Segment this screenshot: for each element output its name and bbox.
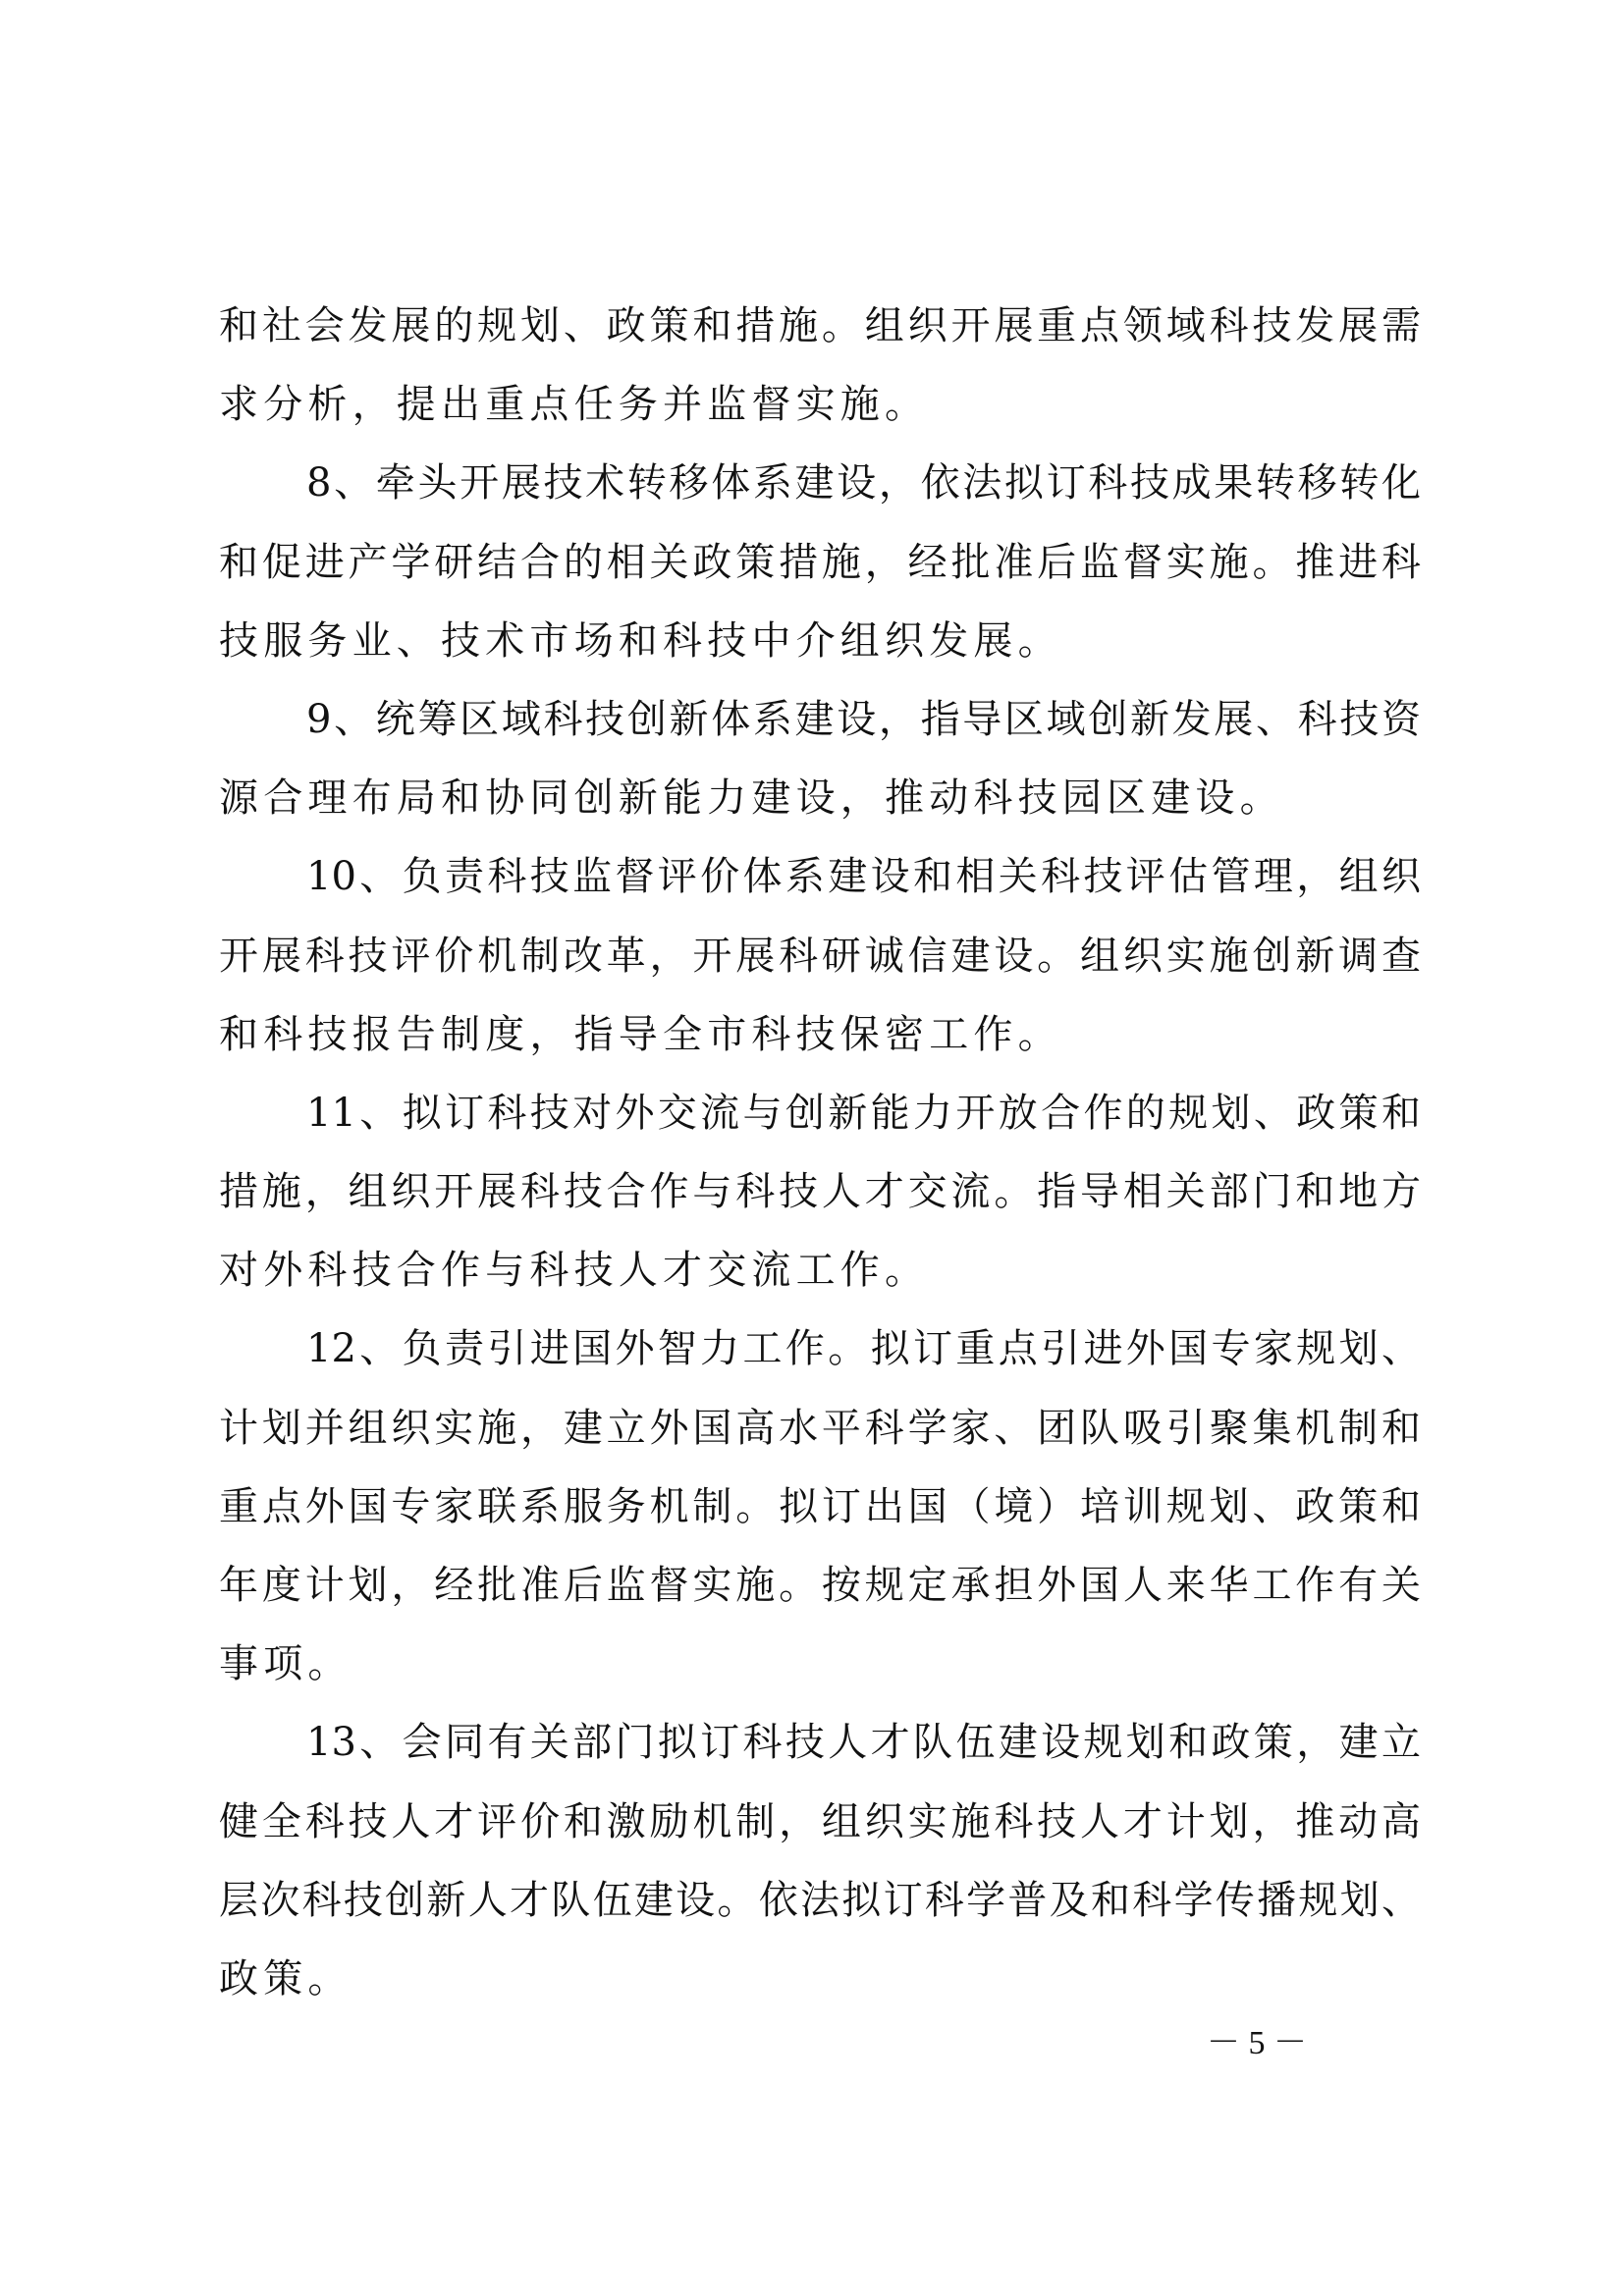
paragraph-10-first-line: 10、负责科技监督评价体系建设和相关科技评估管理，组织 xyxy=(219,837,1421,916)
document-page: 和社会发展的规划、政策和措施。组织开展重点领域科技发展需 求分析，提出重点任务并… xyxy=(0,0,1624,2296)
text-line: 健全科技人才评价和激励机制，组织实施科技人才计划，推动高 xyxy=(219,1783,1421,1861)
paragraph-12-first-line: 12、负责引进国外智力工作。拟订重点引进外国专家规划、 xyxy=(219,1309,1421,1388)
text-line: 和科技报告制度，指导全市科技保密工作。 xyxy=(219,995,1421,1074)
paragraph-8-first-line: 8、牵头开展技术转移体系建设，依法拟订科技成果转移转化 xyxy=(219,444,1421,522)
text-line: 层次科技创新人才队伍建设。依法拟订科学普及和科学传播规划、 xyxy=(219,1861,1421,1940)
text-line: 开展科技评价机制改革，开展科研诚信建设。组织实施创新调查 xyxy=(219,917,1421,995)
paragraph-13-first-line: 13、会同有关部门拟订科技人才队伍建设规划和政策，建立 xyxy=(219,1703,1421,1782)
paragraph-9-first-line: 9、统筹区域科技创新体系建设，指导区域创新发展、科技资 xyxy=(219,680,1421,759)
text-line: 源合理布局和协同创新能力建设，推动科技园区建设。 xyxy=(219,759,1421,837)
body-text: 和社会发展的规划、政策和措施。组织开展重点领域科技发展需 求分析，提出重点任务并… xyxy=(219,287,1421,2018)
text-line: 政策。 xyxy=(219,1940,1421,2018)
page-number: － 5 － xyxy=(1198,2024,1316,2063)
text-line: 和促进产学研结合的相关政策措施，经批准后监督实施。推进科 xyxy=(219,523,1421,602)
text-line: 事项。 xyxy=(219,1625,1421,1703)
text-line: 措施，组织开展科技合作与科技人才交流。指导相关部门和地方 xyxy=(219,1152,1421,1231)
text-line: 对外科技合作与科技人才交流工作。 xyxy=(219,1231,1421,1309)
text-line: 年度计划，经批准后监督实施。按规定承担外国人来华工作有关 xyxy=(219,1546,1421,1625)
text-line: 重点外国专家联系服务机制。拟订出国（境）培训规划、政策和 xyxy=(219,1468,1421,1546)
text-line: 计划并组织实施，建立外国高水平科学家、团队吸引聚集机制和 xyxy=(219,1389,1421,1468)
paragraph-11-first-line: 11、拟订科技对外交流与创新能力开放合作的规划、政策和 xyxy=(219,1074,1421,1152)
text-line: 求分析，提出重点任务并监督实施。 xyxy=(219,365,1421,444)
text-line: 和社会发展的规划、政策和措施。组织开展重点领域科技发展需 xyxy=(219,287,1421,365)
text-line: 技服务业、技术市场和科技中介组织发展。 xyxy=(219,602,1421,680)
